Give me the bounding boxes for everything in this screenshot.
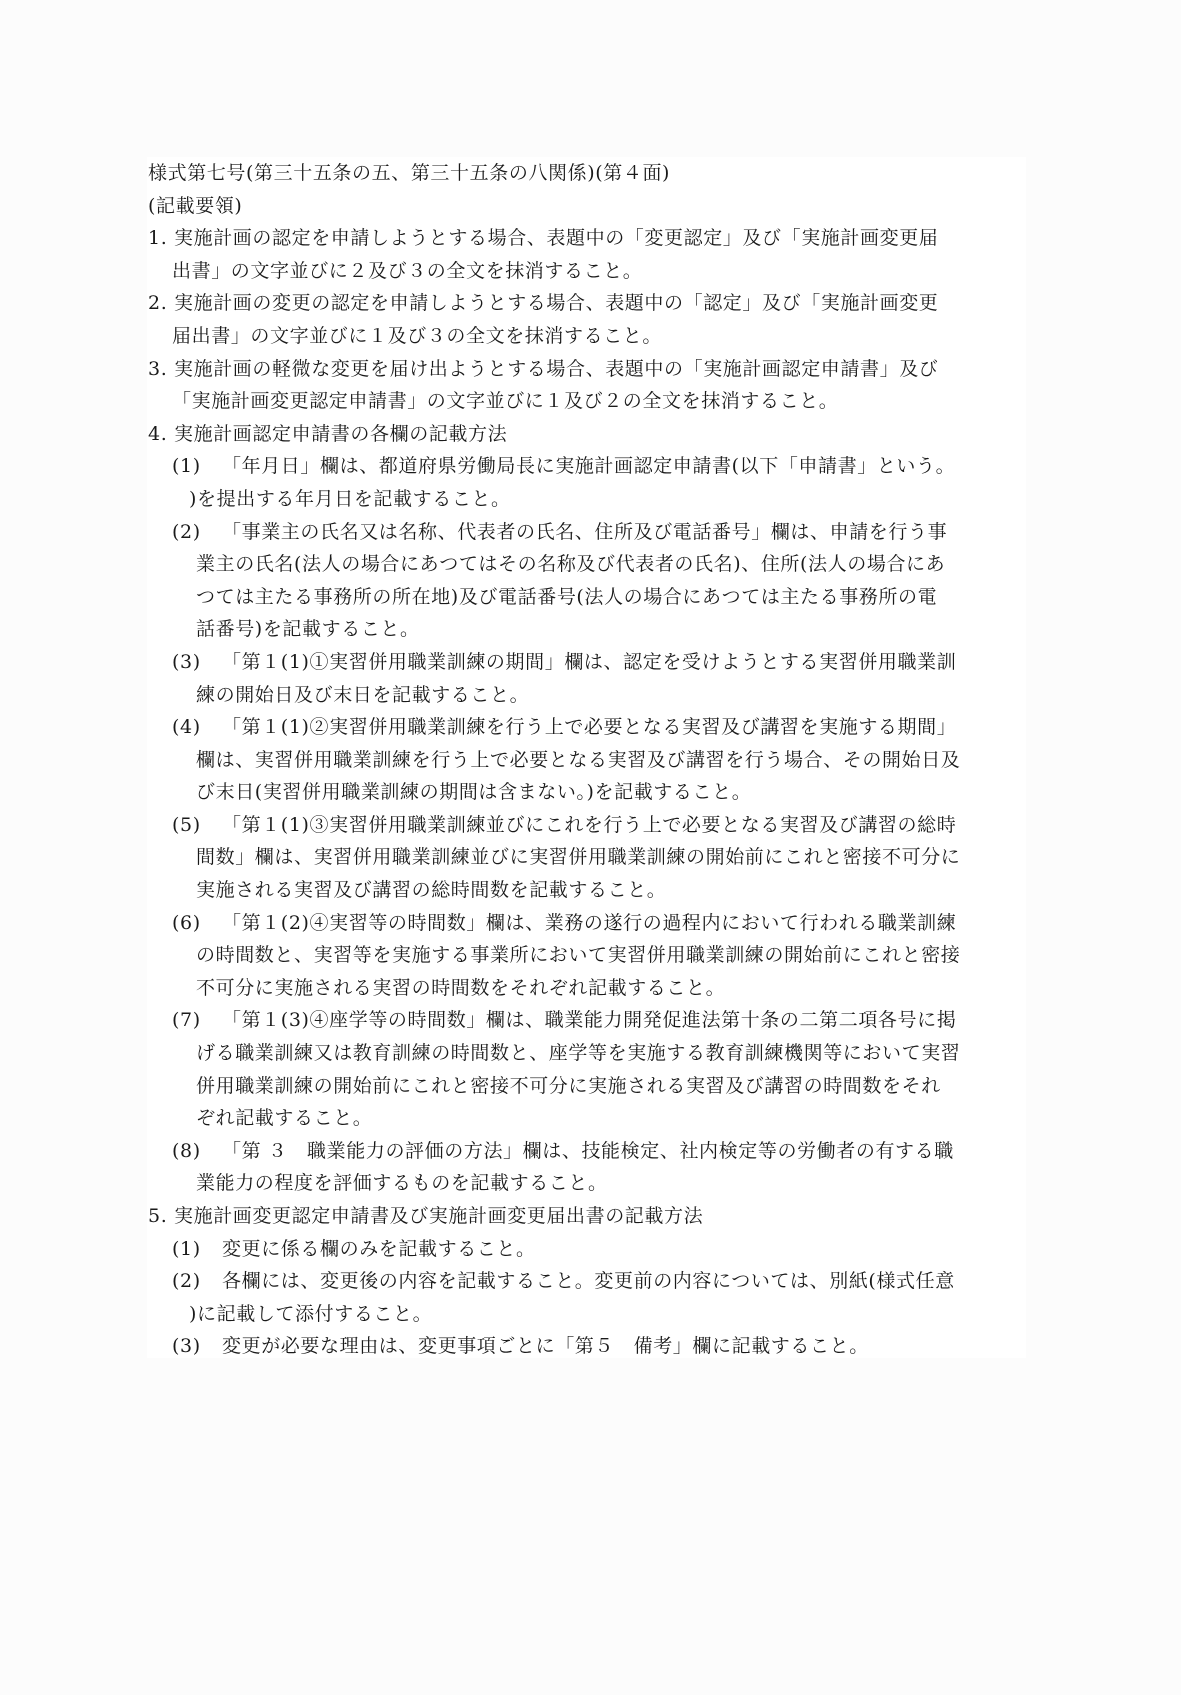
subitem-4-8: (8)「第 ３ 職業能力の評価の方法」欄は、技能検定、社内検定等の労働者の有する… [148, 1135, 1024, 1200]
item-text: 実施計画の変更の認定を申請しようとする場合、表題中の「認定」及び「実施計画変更 [174, 292, 938, 314]
document-page: 様式第七号(第三十五条の五、第三十五条の八関係)(第４面) (記載要領) 1.実… [147, 157, 1026, 1358]
subitem-4-5: (5)「第１(1)③実習併用職業訓練並びにこれを行う上で必要となる実習及び講習の… [148, 809, 1024, 907]
item-heading: 実施計画変更認定申請書及び実施計画変更届出書の記載方法 [174, 1205, 703, 1227]
subitem-text-cont: 業能力の程度を評価するものを記載すること。 [148, 1167, 1024, 1200]
subitem-5-3: (3)変更が必要な理由は、変更事項ごとに「第５ 備考」欄に記載すること。 [148, 1330, 1024, 1363]
subitem-text: 各欄には、変更後の内容を記載すること。変更前の内容については、別紙(様式任意 [222, 1270, 955, 1292]
subitem-5-1: (1)変更に係る欄のみを記載すること。 [148, 1233, 1024, 1266]
subitem-text-cont: 業主の氏名(法人の場合にあつてはその名称及び代表者の氏名)、住所(法人の場合にあ [148, 548, 1024, 581]
item-text-cont: 届出書」の文字並びに１及び３の全文を抹消すること。 [148, 320, 1024, 353]
subitem-4-4: (4)「第１(1)②実習併用職業訓練を行う上で必要となる実習及び講習を実施する期… [148, 711, 1024, 809]
subitem-text: 変更に係る欄のみを記載すること。 [222, 1238, 536, 1260]
subitem-number: (7) [172, 1004, 222, 1037]
item-number: 5. [148, 1200, 174, 1233]
subitem-4-1: (1)「年月日」欄は、都道府県労働局長に実施計画認定申請書(以下「申請書」という… [148, 450, 1024, 515]
subitem-number: (3) [172, 646, 222, 679]
item-text: 実施計画の認定を申請しようとする場合、表題中の「変更認定」及び「実施計画変更届 [174, 227, 938, 249]
subitem-text: 「第１(1)③実習併用職業訓練並びにこれを行う上で必要となる実習及び講習の総時 [222, 814, 956, 836]
instruction-item-3: 3.実施計画の軽微な変更を届け出ようとする場合、表題中の「実施計画認定申請書」及… [148, 353, 1024, 418]
form-header: 様式第七号(第三十五条の五、第三十五条の八関係)(第４面) [148, 157, 1024, 190]
subitem-text-cont: 話番号)を記載すること。 [148, 613, 1024, 646]
document-content: 様式第七号(第三十五条の五、第三十五条の八関係)(第４面) (記載要領) 1.実… [148, 157, 1024, 1363]
subitem-text: 「第 ３ 職業能力の評価の方法」欄は、技能検定、社内検定等の労働者の有する職 [222, 1140, 954, 1162]
section-subheader: (記載要領) [148, 190, 1024, 223]
subitem-text-cont: 欄は、実習併用職業訓練を行う上で必要となる実習及び講習を行う場合、その開始日及 [148, 744, 1024, 777]
subitem-text-cont: つては主たる事務所の所在地)及び電話番号(法人の場合にあつては主たる事務所の電 [148, 581, 1024, 614]
instruction-item-2: 2.実施計画の変更の認定を申請しようとする場合、表題中の「認定」及び「実施計画変… [148, 287, 1024, 352]
subitem-4-6: (6)「第１(2)④実習等の時間数」欄は、業務の遂行の過程内において行われる職業… [148, 907, 1024, 1005]
subitem-text-cont: )に記載して添付すること。 [148, 1298, 1024, 1331]
subitem-number: (3) [172, 1330, 222, 1363]
subitem-number: (1) [172, 1233, 222, 1266]
subitem-number: (5) [172, 809, 222, 842]
subitem-text: 「事業主の氏名又は名称、代表者の氏名、住所及び電話番号」欄は、申請を行う事 [222, 521, 947, 543]
item-number: 3. [148, 353, 174, 386]
subitem-text-cont: )を提出する年月日を記載すること。 [148, 483, 1024, 516]
subitem-text-cont: 併用職業訓練の開始前にこれと密接不可分に実施される実習及び講習の時間数をそれ [148, 1070, 1024, 1103]
subitem-text-cont: 間数」欄は、実習併用職業訓練並びに実習併用職業訓練の開始前にこれと密接不可分に [148, 841, 1024, 874]
instruction-item-1: 1.実施計画の認定を申請しようとする場合、表題中の「変更認定」及び「実施計画変更… [148, 222, 1024, 287]
item-number: 2. [148, 287, 174, 320]
item-number: 1. [148, 222, 174, 255]
subitem-4-3: (3)「第１(1)①実習併用職業訓練の期間」欄は、認定を受けようとする実習併用職… [148, 646, 1024, 711]
subitem-number: (6) [172, 907, 222, 940]
subitem-text-cont: 不可分に実施される実習の時間数をそれぞれ記載すること。 [148, 972, 1024, 1005]
subitem-text-cont: の時間数と、実習等を実施する事業所において実習併用職業訓練の開始前にこれと密接 [148, 939, 1024, 972]
subitem-number: (1) [172, 450, 222, 483]
subitem-number: (2) [172, 1265, 222, 1298]
subitem-text-cont: ぞれ記載すること。 [148, 1102, 1024, 1135]
item-text: 実施計画の軽微な変更を届け出ようとする場合、表題中の「実施計画認定申請書」及び [174, 358, 938, 380]
subitem-text: 変更が必要な理由は、変更事項ごとに「第５ 備考」欄に記載すること。 [222, 1335, 869, 1357]
subitem-4-7: (7)「第１(3)④座学等の時間数」欄は、職業能力開発促進法第十条の二第二項各号… [148, 1004, 1024, 1134]
subitem-text-cont: げる職業訓練又は教育訓練の時間数と、座学等を実施する教育訓練機関等において実習 [148, 1037, 1024, 1070]
instruction-item-5: 5.実施計画変更認定申請書及び実施計画変更届出書の記載方法 (1)変更に係る欄の… [148, 1200, 1024, 1363]
subitem-text-cont: 練の開始日及び末日を記載すること。 [148, 679, 1024, 712]
subitem-text-cont: 実施される実習及び講習の総時間数を記載すること。 [148, 874, 1024, 907]
subitem-text: 「年月日」欄は、都道府県労働局長に実施計画認定申請書(以下「申請書」という。 [222, 455, 955, 477]
item-number: 4. [148, 418, 174, 451]
subitem-text-cont: び末日(実習併用職業訓練の期間は含まない。)を記載すること。 [148, 776, 1024, 809]
subitem-text: 「第１(1)①実習併用職業訓練の期間」欄は、認定を受けようとする実習併用職業訓 [222, 651, 956, 673]
subitem-text: 「第１(1)②実習併用職業訓練を行う上で必要となる実習及び講習を実施する期間」 [222, 716, 956, 738]
subitem-text: 「第１(3)④座学等の時間数」欄は、職業能力開発促進法第十条の二第二項各号に掲 [222, 1009, 956, 1031]
subitem-5-2: (2)各欄には、変更後の内容を記載すること。変更前の内容については、別紙(様式任… [148, 1265, 1024, 1330]
subitem-number: (8) [172, 1135, 222, 1168]
subitem-number: (4) [172, 711, 222, 744]
subitem-number: (2) [172, 516, 222, 549]
item-text-cont: 出書」の文字並びに２及び３の全文を抹消すること。 [148, 255, 1024, 288]
subitem-text: 「第１(2)④実習等の時間数」欄は、業務の遂行の過程内において行われる職業訓練 [222, 912, 956, 934]
item-heading: 実施計画認定申請書の各欄の記載方法 [174, 423, 507, 445]
item-text-cont: 「実施計画変更認定申請書」の文字並びに１及び２の全文を抹消すること。 [148, 385, 1024, 418]
subitem-4-2: (2)「事業主の氏名又は名称、代表者の氏名、住所及び電話番号」欄は、申請を行う事… [148, 516, 1024, 646]
instruction-item-4: 4.実施計画認定申請書の各欄の記載方法 (1)「年月日」欄は、都道府県労働局長に… [148, 418, 1024, 1200]
